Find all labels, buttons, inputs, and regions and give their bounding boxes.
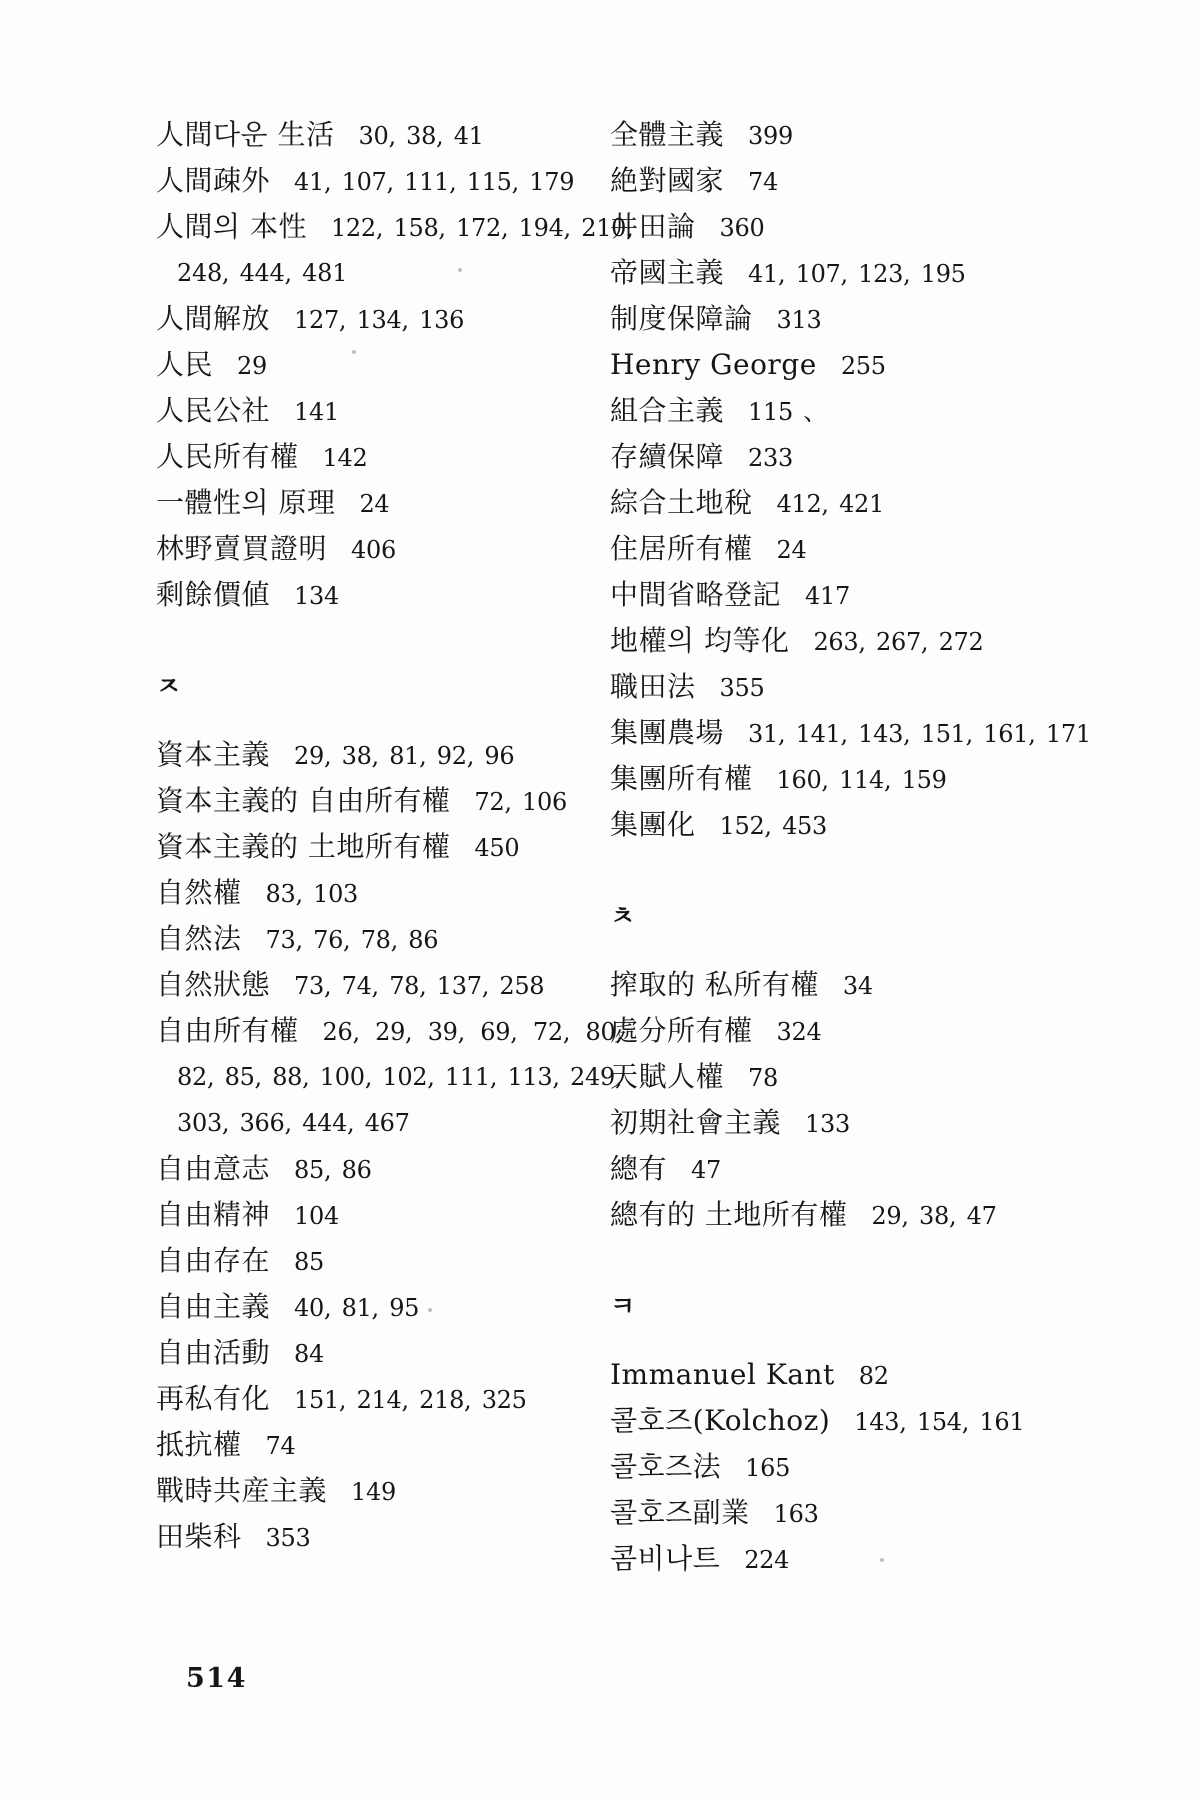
entry-pages: 224 xyxy=(744,1546,789,1574)
index-entry: 組合主義115 、 xyxy=(610,388,1115,434)
scan-speck xyxy=(458,268,462,272)
entry-pages: 417 xyxy=(805,582,850,610)
entry-term: 人民 xyxy=(156,348,213,381)
index-entry: 人民公社141 xyxy=(156,388,611,434)
entry-term: 集團農場 xyxy=(610,716,724,749)
entry-term: 人間의 本性 xyxy=(156,210,307,243)
entry-term: 中間省略登記 xyxy=(610,578,781,611)
entry-term: 存續保障 xyxy=(610,440,724,473)
entry-term: 職田法 xyxy=(610,670,696,703)
index-entry: 自由活動84 xyxy=(156,1330,611,1376)
entry-pages: 149 xyxy=(351,1478,396,1506)
entry-term: 綜合土地稅 xyxy=(610,486,753,519)
entry-term: 全體主義 xyxy=(610,118,724,151)
entry-term: 天賦人權 xyxy=(610,1060,724,1093)
entry-pages: 313 xyxy=(777,306,822,334)
entry-term: 初期社會主義 xyxy=(610,1106,781,1139)
index-entry: 콜호즈(Kolchoz)143, 154, 161 xyxy=(610,1398,1115,1444)
index-entry: 自由主義40, 81, 95 xyxy=(156,1284,611,1330)
index-entry: 資本主義的 自由所有權72, 106 xyxy=(156,778,611,824)
entry-term: 井田論 xyxy=(610,210,696,243)
entry-pages: 82, 85, 88, 100, 102, 111, 113, 249, xyxy=(177,1063,622,1091)
index-column-right: 全體主義399絶對國家74井田論360帝國主義41, 107, 123, 195… xyxy=(610,112,1115,1582)
entry-term: 콜호즈副業 xyxy=(610,1496,750,1529)
entry-pages: 84 xyxy=(294,1340,324,1368)
entry-term: Henry George xyxy=(610,348,817,381)
entry-term: 콤비나트 xyxy=(610,1542,720,1575)
entry-term: 資本主義 xyxy=(156,738,270,771)
index-entry: 井田論360 xyxy=(610,204,1115,250)
entry-term: Immanuel Kant xyxy=(610,1358,835,1391)
index-entry: 田柴科353 xyxy=(156,1514,611,1560)
section-header: ㅊ xyxy=(610,894,1115,940)
index-entry: 天賦人權78 xyxy=(610,1054,1115,1100)
entry-term: 人間다운 生活 xyxy=(156,118,335,151)
entry-pages: 450 xyxy=(474,834,519,862)
index-entry: 集團所有權160, 114, 159 xyxy=(610,756,1115,802)
index-entry: 處分所有權324 xyxy=(610,1008,1115,1054)
entry-term: 剩餘價値 xyxy=(156,578,270,611)
index-entry: 資本主義29, 38, 81, 92, 96 xyxy=(156,732,611,778)
index-entry: 戰時共産主義149 xyxy=(156,1468,611,1514)
entry-term: 一體性의 原理 xyxy=(156,486,335,519)
index-entry: 集團化152, 453 xyxy=(610,802,1115,848)
entry-term: 制度保障論 xyxy=(610,302,753,335)
index-entry: Henry George255 xyxy=(610,342,1115,388)
index-entry: 콤비나트224 xyxy=(610,1536,1115,1582)
entry-pages: 31, 141, 143, 151, 161, 171 xyxy=(748,720,1091,748)
entry-term: 人民所有權 xyxy=(156,440,299,473)
index-entry-continuation: 248, 444, 481 xyxy=(156,250,611,296)
entry-pages: 83, 103 xyxy=(266,880,359,908)
entry-term: 帝國主義 xyxy=(610,256,724,289)
entry-term: 自由意志 xyxy=(156,1152,270,1185)
entry-pages: 73, 76, 78, 86 xyxy=(266,926,439,954)
entry-pages: 47 xyxy=(691,1156,721,1184)
entry-term: 住居所有權 xyxy=(610,532,753,565)
scan-speck xyxy=(352,350,356,354)
index-entry: 一體性의 原理24 xyxy=(156,480,611,526)
entry-pages: 134 xyxy=(294,582,339,610)
entry-pages: 82 xyxy=(859,1362,889,1390)
index-entry: 住居所有權24 xyxy=(610,526,1115,572)
index-entry: 初期社會主義133 xyxy=(610,1100,1115,1146)
entry-pages: 104 xyxy=(294,1202,339,1230)
entry-term: 組合主義 xyxy=(610,394,724,427)
index-entry: 콜호즈法165 xyxy=(610,1444,1115,1490)
entry-pages: 248, 444, 481 xyxy=(177,259,347,287)
index-entry: 人間解放127, 134, 136 xyxy=(156,296,611,342)
index-entry: 剩餘價値134 xyxy=(156,572,611,618)
entry-term: 自由主義 xyxy=(156,1290,270,1323)
section-label: ㅈ xyxy=(156,672,181,702)
entry-term: 콜호즈法 xyxy=(610,1450,721,1483)
entry-pages: 160, 114, 159 xyxy=(777,766,947,794)
entry-pages: 412, 421 xyxy=(777,490,884,518)
entry-pages: 165 xyxy=(745,1454,790,1482)
entry-term: 自然狀態 xyxy=(156,968,270,1001)
index-entry: 人民29 xyxy=(156,342,611,388)
entry-pages: 353 xyxy=(266,1524,311,1552)
entry-term: 田柴科 xyxy=(156,1520,242,1553)
entry-term: 地權의 均等化 xyxy=(610,624,789,657)
entry-pages: 74 xyxy=(266,1432,296,1460)
index-entry: 人間疎外41, 107, 111, 115, 179 xyxy=(156,158,611,204)
entry-pages: 127, 134, 136 xyxy=(294,306,464,334)
index-entry: 綜合土地稅412, 421 xyxy=(610,480,1115,526)
entry-pages: 303, 366, 444, 467 xyxy=(177,1109,410,1137)
entry-pages: 24 xyxy=(777,536,807,564)
entry-pages: 141 xyxy=(294,398,339,426)
entry-term: 自然權 xyxy=(156,876,242,909)
index-entry: 抵抗權74 xyxy=(156,1422,611,1468)
page-number: 514 xyxy=(186,1662,247,1696)
section-label: ㅋ xyxy=(610,1292,635,1322)
scan-speck xyxy=(428,1308,432,1312)
index-entry: 콜호즈副業163 xyxy=(610,1490,1115,1536)
index-entry: 自然狀態73, 74, 78, 137, 258 xyxy=(156,962,611,1008)
index-entry: 地權의 均等化263, 267, 272 xyxy=(610,618,1115,664)
index-entry: 人間다운 生活30, 38, 41 xyxy=(156,112,611,158)
index-entry: 中間省略登記417 xyxy=(610,572,1115,618)
section-header: ㅋ xyxy=(610,1284,1115,1330)
entry-term: 集團所有權 xyxy=(610,762,753,795)
index-entry: 自由所有權26, 29, 39, 69, 72, 80, xyxy=(156,1008,611,1054)
entry-pages: 255 xyxy=(841,352,886,380)
entry-pages: 355 xyxy=(720,674,765,702)
entry-pages: 78 xyxy=(748,1064,778,1092)
index-entry: 存續保障233 xyxy=(610,434,1115,480)
entry-pages: 30, 38, 41 xyxy=(359,122,484,150)
book-index-page: 人間다운 生活30, 38, 41人間疎外41, 107, 111, 115, … xyxy=(0,0,1200,1800)
entry-term: 資本主義的 自由所有權 xyxy=(156,784,450,817)
section-label: ㅊ xyxy=(610,902,635,932)
entry-term: 人間解放 xyxy=(156,302,270,335)
index-entry: 制度保障論313 xyxy=(610,296,1115,342)
index-entry: 職田法355 xyxy=(610,664,1115,710)
entry-pages: 406 xyxy=(351,536,396,564)
entry-pages: 73, 74, 78, 137, 258 xyxy=(294,972,544,1000)
entry-pages: 233 xyxy=(748,444,793,472)
index-entry: 搾取的 私所有權34 xyxy=(610,962,1115,1008)
scan-speck xyxy=(880,1558,884,1562)
index-entry-continuation: 303, 366, 444, 467 xyxy=(156,1100,611,1146)
entry-pages: 26, 29, 39, 69, 72, 80, xyxy=(323,1018,623,1046)
index-entry: 人民所有權142 xyxy=(156,434,611,480)
entry-pages: 34 xyxy=(843,972,873,1000)
index-entry: 總有47 xyxy=(610,1146,1115,1192)
entry-pages: 24 xyxy=(359,490,389,518)
index-entry: 自然法73, 76, 78, 86 xyxy=(156,916,611,962)
entry-pages: 122, 158, 172, 194, 210, xyxy=(331,214,634,242)
index-entry: 帝國主義41, 107, 123, 195 xyxy=(610,250,1115,296)
entry-term: 自由活動 xyxy=(156,1336,270,1369)
entry-term: 處分所有權 xyxy=(610,1014,753,1047)
index-column-left: 人間다운 生活30, 38, 41人間疎外41, 107, 111, 115, … xyxy=(156,112,611,1560)
entry-pages: 72, 106 xyxy=(474,788,567,816)
entry-pages: 115 、 xyxy=(748,398,827,426)
entry-pages: 324 xyxy=(777,1018,822,1046)
entry-term: 自由所有權 xyxy=(156,1014,299,1047)
entry-pages: 29, 38, 81, 92, 96 xyxy=(294,742,514,770)
entry-term: 集團化 xyxy=(610,808,696,841)
index-entry: 自然權83, 103 xyxy=(156,870,611,916)
section-header: ㅈ xyxy=(156,664,611,710)
entry-pages: 85, 86 xyxy=(294,1156,372,1184)
entry-pages: 263, 267, 272 xyxy=(813,628,983,656)
index-entry: 資本主義的 土地所有權450 xyxy=(156,824,611,870)
entry-pages: 74 xyxy=(748,168,778,196)
entry-term: 再私有化 xyxy=(156,1382,270,1415)
index-entry: 絶對國家74 xyxy=(610,158,1115,204)
entry-pages: 85 xyxy=(294,1248,324,1276)
entry-term: 抵抗權 xyxy=(156,1428,242,1461)
entry-term: 人間疎外 xyxy=(156,164,270,197)
entry-pages: 152, 453 xyxy=(720,812,827,840)
entry-term: 林野賣買證明 xyxy=(156,532,327,565)
index-entry: Immanuel Kant82 xyxy=(610,1352,1115,1398)
entry-pages: 143, 154, 161 xyxy=(854,1408,1024,1436)
index-entry-continuation: 82, 85, 88, 100, 102, 111, 113, 249, xyxy=(156,1054,611,1100)
index-entry: 自由精神104 xyxy=(156,1192,611,1238)
entry-term: 搾取的 私所有權 xyxy=(610,968,819,1001)
index-entry: 自由意志85, 86 xyxy=(156,1146,611,1192)
entry-pages: 151, 214, 218, 325 xyxy=(294,1386,527,1414)
index-entry: 總有的 土地所有權29, 38, 47 xyxy=(610,1192,1115,1238)
entry-term: 人民公社 xyxy=(156,394,270,427)
entry-term: 總有的 土地所有權 xyxy=(610,1198,847,1231)
entry-pages: 133 xyxy=(805,1110,850,1138)
entry-term: 自然法 xyxy=(156,922,242,955)
entry-pages: 41, 107, 123, 195 xyxy=(748,260,966,288)
entry-pages: 40, 81, 95 xyxy=(294,1294,419,1322)
entry-term: 自由存在 xyxy=(156,1244,270,1277)
entry-pages: 360 xyxy=(720,214,765,242)
entry-pages: 163 xyxy=(774,1500,819,1528)
entry-term: 自由精神 xyxy=(156,1198,270,1231)
entry-pages: 142 xyxy=(323,444,368,472)
index-entry: 再私有化151, 214, 218, 325 xyxy=(156,1376,611,1422)
entry-term: 콜호즈(Kolchoz) xyxy=(610,1404,830,1437)
entry-pages: 41, 107, 111, 115, 179 xyxy=(294,168,574,196)
index-entry: 自由存在85 xyxy=(156,1238,611,1284)
index-entry: 集團農場31, 141, 143, 151, 161, 171 xyxy=(610,710,1115,756)
entry-term: 總有 xyxy=(610,1152,667,1185)
index-entry: 人間의 本性122, 158, 172, 194, 210, xyxy=(156,204,611,250)
entry-term: 戰時共産主義 xyxy=(156,1474,327,1507)
entry-term: 絶對國家 xyxy=(610,164,724,197)
index-entry: 全體主義399 xyxy=(610,112,1115,158)
entry-pages: 399 xyxy=(748,122,793,150)
entry-pages: 29 xyxy=(237,352,267,380)
entry-pages: 29, 38, 47 xyxy=(871,1202,996,1230)
entry-term: 資本主義的 土地所有權 xyxy=(156,830,450,863)
index-entry: 林野賣買證明406 xyxy=(156,526,611,572)
